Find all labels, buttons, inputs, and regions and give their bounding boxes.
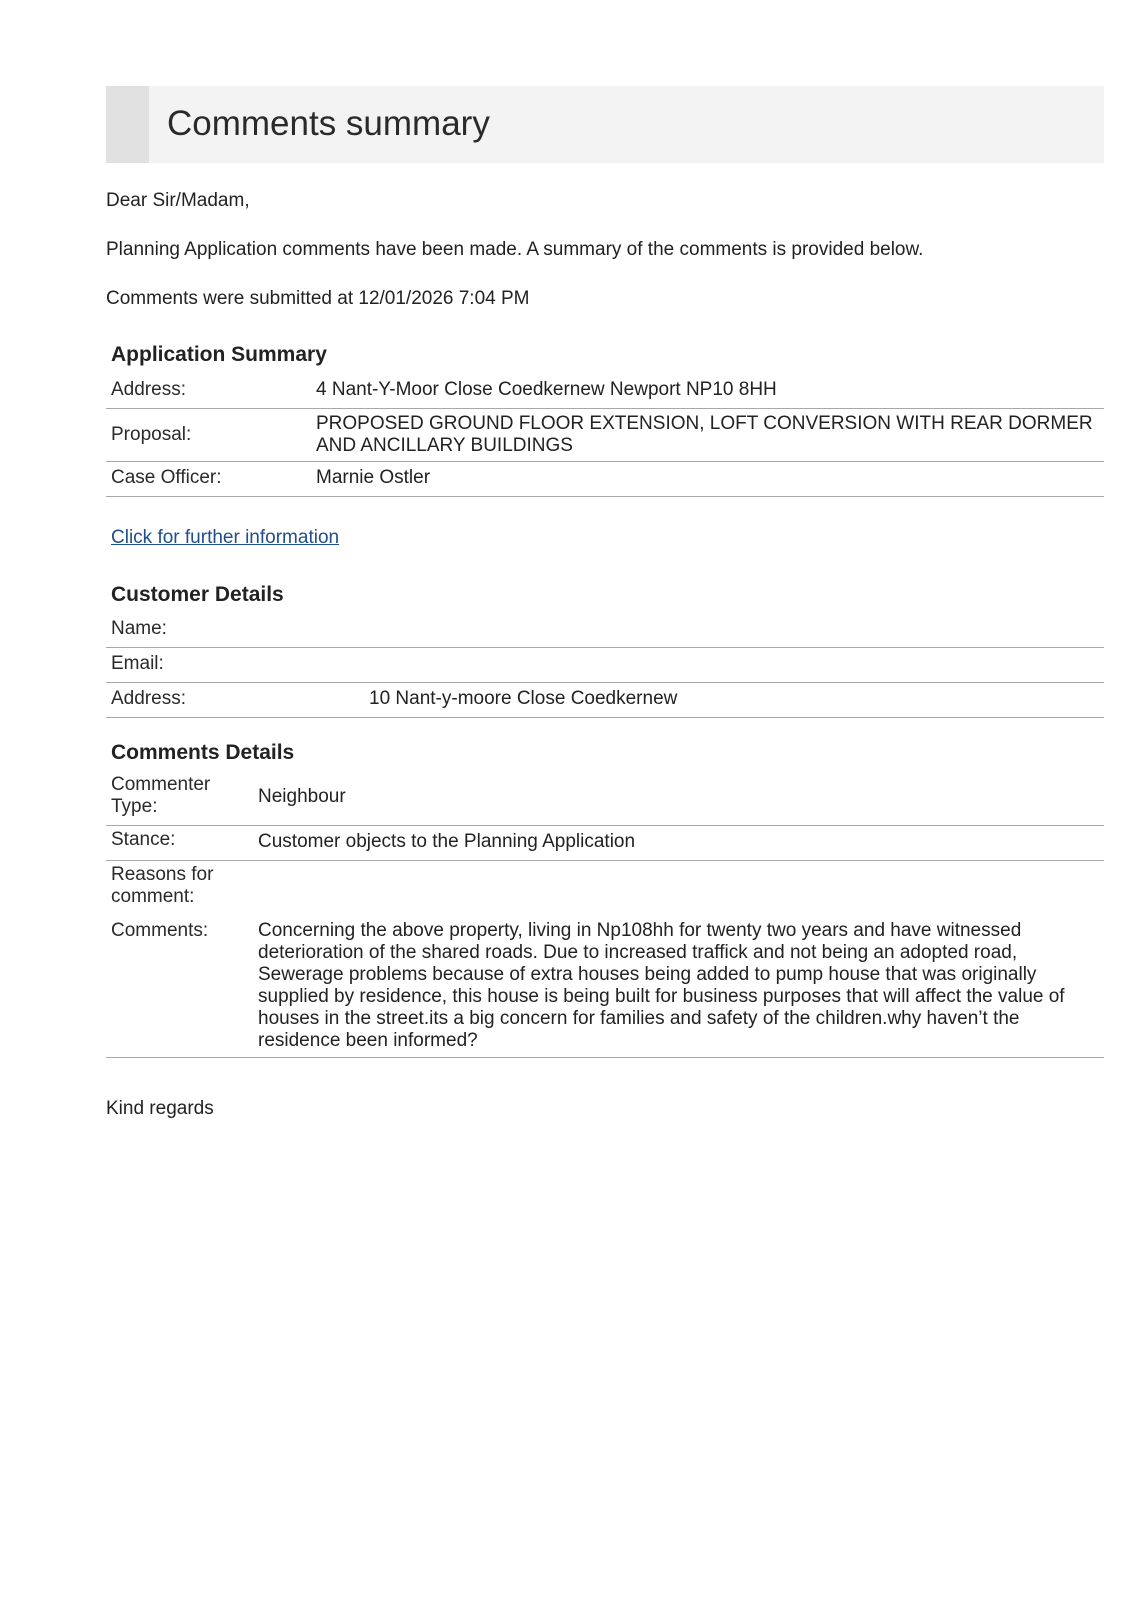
further-information-link[interactable]: Click for further information <box>111 527 339 549</box>
application-summary-heading: Application Summary <box>111 343 327 367</box>
name-value <box>364 613 1104 648</box>
case-officer-label: Case Officer: <box>106 462 311 497</box>
comments-details-heading: Comments Details <box>111 741 294 765</box>
table-row: Stance: Customer objects to the Planning… <box>106 826 1104 861</box>
case-officer-value: Marnie Ostler <box>311 462 1104 497</box>
table-row: Proposal: PROPOSED GROUND FLOOR EXTENSIO… <box>106 409 1104 462</box>
comments-text: Concerning the above property, living in… <box>253 915 1104 1058</box>
customer-address-value: 10 Nant-y-moore Close Coedkernew <box>364 683 1104 718</box>
stance-label: Stance: <box>106 826 253 861</box>
table-row: Case Officer: Marnie Ostler <box>106 462 1104 497</box>
email-value <box>364 648 1104 683</box>
table-row: Email: <box>106 648 1104 683</box>
table-row: Comments: Concerning the above property,… <box>106 915 1104 1058</box>
comments-details-table: Commenter Type: Neighbour Stance: Custom… <box>106 771 1104 1058</box>
application-summary-table: Address: 4 Nant-Y-Moor Close Coedkernew … <box>106 374 1104 497</box>
page-title: Comments summary <box>167 103 490 145</box>
proposal-value: PROPOSED GROUND FLOOR EXTENSION, LOFT CO… <box>311 409 1104 462</box>
header-bar: Comments summary <box>106 86 1104 163</box>
commenter-type-label: Commenter Type: <box>106 771 253 826</box>
submitted-timestamp: Comments were submitted at 12/01/2026 7:… <box>106 288 530 310</box>
header-accent-bar <box>106 86 149 163</box>
table-row: Address: 10 Nant-y-moore Close Coedkerne… <box>106 683 1104 718</box>
reasons-value <box>253 861 1104 916</box>
intro-message: Planning Application comments have been … <box>106 239 923 261</box>
address-label: Address: <box>106 374 311 409</box>
customer-details-heading: Customer Details <box>111 583 284 607</box>
email-label: Email: <box>106 648 364 683</box>
table-row: Reasons for comment: <box>106 861 1104 916</box>
proposal-label: Proposal: <box>106 409 311 462</box>
customer-address-label: Address: <box>106 683 364 718</box>
closing-salutation: Kind regards <box>106 1098 214 1120</box>
stance-value: Customer objects to the Planning Applica… <box>253 826 1104 861</box>
document-page: Comments summary Dear Sir/Madam, Plannin… <box>106 86 1104 163</box>
table-row: Name: <box>106 613 1104 648</box>
table-row: Commenter Type: Neighbour <box>106 771 1104 826</box>
greeting: Dear Sir/Madam, <box>106 190 250 212</box>
reasons-label: Reasons for comment: <box>106 861 253 916</box>
name-label: Name: <box>106 613 364 648</box>
commenter-type-value: Neighbour <box>253 771 1104 826</box>
table-row: Address: 4 Nant-Y-Moor Close Coedkernew … <box>106 374 1104 409</box>
address-value: 4 Nant-Y-Moor Close Coedkernew Newport N… <box>311 374 1104 409</box>
comments-label: Comments: <box>106 915 253 1058</box>
customer-details-table: Name: Email: Address: 10 Nant-y-moore Cl… <box>106 613 1104 718</box>
